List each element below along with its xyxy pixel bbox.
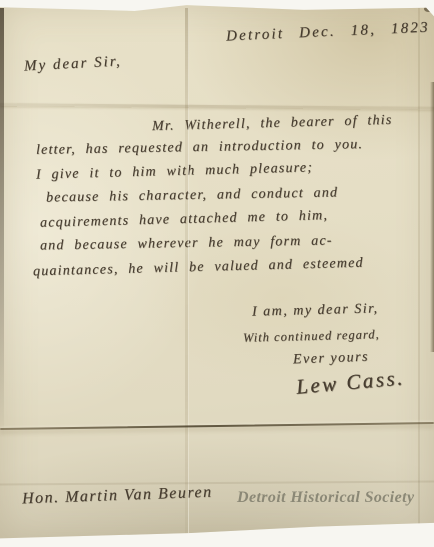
body-line: because his character, and conduct and bbox=[46, 185, 338, 206]
signature: Lew Cass. bbox=[295, 365, 406, 399]
salutation: My dear Sir, bbox=[24, 53, 123, 75]
closing-line: Ever yours bbox=[293, 350, 370, 369]
horizontal-fold-crease bbox=[0, 103, 434, 110]
horizontal-fold-crease bbox=[0, 480, 434, 485]
closing-line: With continued regard, bbox=[243, 327, 380, 346]
vertical-fold-crease bbox=[418, 8, 420, 538]
letter-paper: Detroit Dec. 18, 1823 My dear Sir, Mr. W… bbox=[0, 4, 434, 540]
body-line: Mr. Witherell, the bearer of this bbox=[152, 113, 393, 135]
addressee-line: Hon. Martin Van Beuren bbox=[22, 484, 213, 509]
paper-corner-mark bbox=[424, 6, 433, 12]
horizontal-fold-crease bbox=[0, 422, 434, 430]
body-line: acquirements have attached me to him, bbox=[40, 208, 328, 232]
paper-edge-shadow bbox=[0, 8, 4, 438]
body-line: and because wherever he may form ac- bbox=[40, 233, 333, 254]
body-line: I give it to him with much pleasure; bbox=[36, 160, 313, 183]
paper-edge-shadow bbox=[430, 82, 434, 352]
letter-scan: Detroit Dec. 18, 1823 My dear Sir, Mr. W… bbox=[0, 0, 434, 547]
watermark-text: Detroit Historical Society bbox=[237, 489, 415, 507]
closing-line: I am, my dear Sir, bbox=[252, 301, 379, 320]
body-line: quaintances, he will be valued and estee… bbox=[33, 256, 364, 281]
dateline: Detroit Dec. 18, 1823 bbox=[226, 20, 430, 46]
body-line: letter, has requested an introduction to… bbox=[36, 137, 363, 159]
